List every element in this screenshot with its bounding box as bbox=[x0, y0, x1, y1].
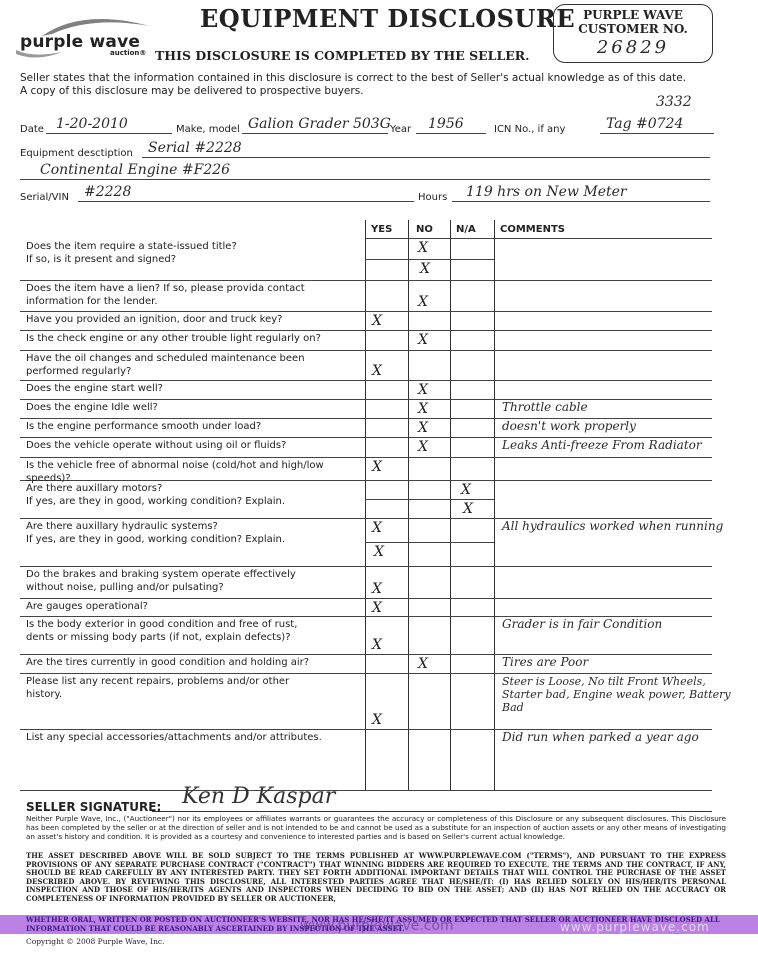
question-line: Are there auxillary hydraulic systems? bbox=[26, 521, 361, 534]
answer-no-mark[interactable]: X bbox=[418, 382, 428, 398]
question-text: Does the item have a lien? If so, please… bbox=[26, 283, 361, 308]
header-rule bbox=[365, 238, 712, 239]
answer-yes-mark[interactable]: X bbox=[372, 600, 382, 616]
answer-no-mark[interactable]: X bbox=[418, 420, 428, 436]
question-text: Have the oil changes and scheduled maint… bbox=[26, 353, 361, 378]
question-text: Does the item require a state-issued tit… bbox=[26, 241, 361, 266]
question-line: performed regularly? bbox=[26, 366, 361, 379]
comment-text[interactable]: Steer is Loose, No tilt Front Wheels, St… bbox=[502, 675, 732, 714]
watermark-url: www.purplewave.com bbox=[300, 918, 454, 934]
disclosure-question-table: YES NO N/A COMMENTS Does the item requir… bbox=[0, 0, 758, 800]
question-text: Do the brakes and braking system operate… bbox=[26, 569, 361, 594]
answer-na-mark[interactable]: X bbox=[461, 482, 471, 498]
question-line: Does the item have a lien? If so, please… bbox=[26, 283, 361, 296]
signature-line bbox=[152, 811, 712, 812]
row-divider bbox=[20, 566, 712, 567]
comment-text[interactable]: doesn't work properly bbox=[502, 420, 636, 433]
question-line: Have you provided an ignition, door and … bbox=[26, 314, 361, 327]
question-line: Is the body exterior in good condition a… bbox=[26, 619, 361, 632]
question-text: Does the vehicle operate without using o… bbox=[26, 440, 361, 453]
answer-no-mark[interactable]: X bbox=[418, 332, 428, 348]
answer-yes-mark[interactable]: X bbox=[372, 363, 382, 379]
question-text: Is the engine performance smooth under l… bbox=[26, 421, 361, 434]
question-line: without noise, pulling and/or pulsating? bbox=[26, 582, 361, 595]
column-header-no: NO bbox=[416, 224, 433, 235]
row-divider bbox=[20, 457, 712, 458]
row-divider bbox=[20, 654, 712, 655]
comment-text[interactable]: Leaks Anti-freeze From Radiator bbox=[502, 439, 702, 452]
comment-text[interactable]: Did run when parked a year ago bbox=[502, 731, 699, 744]
question-line: Is the check engine or any other trouble… bbox=[26, 333, 361, 346]
question-text: Is the check engine or any other trouble… bbox=[26, 333, 361, 346]
question-line: List any special accessories/attachments… bbox=[26, 732, 361, 745]
question-text: Does the engine Idle well? bbox=[26, 402, 361, 415]
column-header-comments: COMMENTS bbox=[500, 224, 565, 235]
answer-no-mark[interactable]: X bbox=[418, 294, 428, 310]
question-text: Are there auxillary hydraulic systems?If… bbox=[26, 521, 361, 546]
row-divider bbox=[20, 399, 712, 400]
question-text: Please list any recent repairs, problems… bbox=[26, 676, 361, 701]
answer-no-mark[interactable]: X bbox=[418, 656, 428, 672]
question-text: Are there auxillary motors?If yes, are t… bbox=[26, 483, 361, 508]
question-text: Have you provided an ignition, door and … bbox=[26, 314, 361, 327]
column-divider bbox=[494, 220, 495, 790]
question-line: Have the oil changes and scheduled maint… bbox=[26, 353, 361, 366]
question-line: information for the lender. bbox=[26, 296, 361, 309]
sub-row-divider bbox=[365, 259, 494, 260]
row-divider bbox=[20, 330, 712, 331]
question-line: Are gauges operational? bbox=[26, 601, 361, 614]
row-divider bbox=[20, 311, 712, 312]
terms-paragraph: THE ASSET DESCRIBED ABOVE WILL BE SOLD S… bbox=[26, 852, 726, 904]
copyright-notice: Copyright © 2008 Purple Wave, Inc. bbox=[26, 937, 165, 946]
row-divider bbox=[20, 350, 712, 351]
question-line: Do the brakes and braking system operate… bbox=[26, 569, 361, 582]
question-text: Are the tires currently in good conditio… bbox=[26, 657, 361, 670]
comment-text[interactable]: Tires are Poor bbox=[502, 656, 588, 669]
answer-no-mark[interactable]: X bbox=[418, 240, 428, 256]
row-divider bbox=[20, 280, 712, 281]
question-text: Is the body exterior in good condition a… bbox=[26, 619, 361, 644]
answer-yes-mark[interactable]: X bbox=[372, 637, 382, 653]
question-line: dents or missing body parts (if not, exp… bbox=[26, 632, 361, 645]
column-divider bbox=[365, 220, 366, 790]
question-line: Is the engine performance smooth under l… bbox=[26, 421, 361, 434]
question-line: Is the vehicle free of abnormal noise (c… bbox=[26, 460, 361, 485]
question-line: If yes, are they in good, working condit… bbox=[26, 534, 361, 547]
disclaimer-paragraph: Neither Purple Wave, Inc., ("Auctioneer"… bbox=[26, 814, 726, 841]
question-line: Does the engine start well? bbox=[26, 383, 361, 396]
column-header-na: N/A bbox=[456, 224, 476, 235]
row-divider bbox=[20, 598, 712, 599]
question-line: history. bbox=[26, 689, 361, 702]
answer-na-mark[interactable]: X bbox=[463, 501, 473, 517]
watermark-url-2: www.purplewave.com bbox=[560, 920, 710, 934]
row-divider bbox=[20, 790, 712, 791]
column-divider bbox=[450, 220, 451, 790]
question-text: Are gauges operational? bbox=[26, 601, 361, 614]
answer-no-mark[interactable]: X bbox=[420, 261, 430, 277]
question-text: List any special accessories/attachments… bbox=[26, 732, 361, 745]
comment-text[interactable]: All hydraulics worked when running bbox=[502, 520, 723, 533]
answer-yes-mark[interactable]: X bbox=[372, 581, 382, 597]
answer-no-mark[interactable]: X bbox=[418, 439, 428, 455]
question-line: If so, is it present and signed? bbox=[26, 254, 361, 267]
comment-text[interactable]: Grader is in fair Condition bbox=[502, 618, 662, 631]
answer-yes-mark[interactable]: X bbox=[372, 712, 382, 728]
question-text: Does the engine start well? bbox=[26, 383, 361, 396]
question-line: Please list any recent repairs, problems… bbox=[26, 676, 361, 689]
seller-signature-label: SELLER SIGNATURE: bbox=[26, 800, 161, 814]
comment-text[interactable]: Throttle cable bbox=[502, 401, 588, 414]
row-divider bbox=[20, 380, 712, 381]
answer-yes-mark[interactable]: X bbox=[374, 544, 384, 560]
answer-yes-mark[interactable]: X bbox=[372, 520, 382, 536]
question-line: Does the item require a state-issued tit… bbox=[26, 241, 361, 254]
question-text: Is the vehicle free of abnormal noise (c… bbox=[26, 460, 361, 485]
question-line: Does the engine Idle well? bbox=[26, 402, 361, 415]
question-line: Are there auxillary motors? bbox=[26, 483, 361, 496]
answer-yes-mark[interactable]: X bbox=[372, 313, 382, 329]
question-line: Are the tires currently in good conditio… bbox=[26, 657, 361, 670]
row-divider bbox=[20, 673, 712, 674]
answer-yes-mark[interactable]: X bbox=[372, 459, 382, 475]
question-line: If yes, are they in good, working condit… bbox=[26, 496, 361, 509]
question-line: Does the vehicle operate without using o… bbox=[26, 440, 361, 453]
seller-signature[interactable]: Ken D Kaspar bbox=[182, 784, 335, 809]
sub-row-divider bbox=[365, 499, 494, 500]
column-header-yes: YES bbox=[371, 224, 392, 235]
answer-no-mark[interactable]: X bbox=[418, 401, 428, 417]
sub-row-divider bbox=[365, 542, 494, 543]
column-divider bbox=[408, 220, 409, 790]
